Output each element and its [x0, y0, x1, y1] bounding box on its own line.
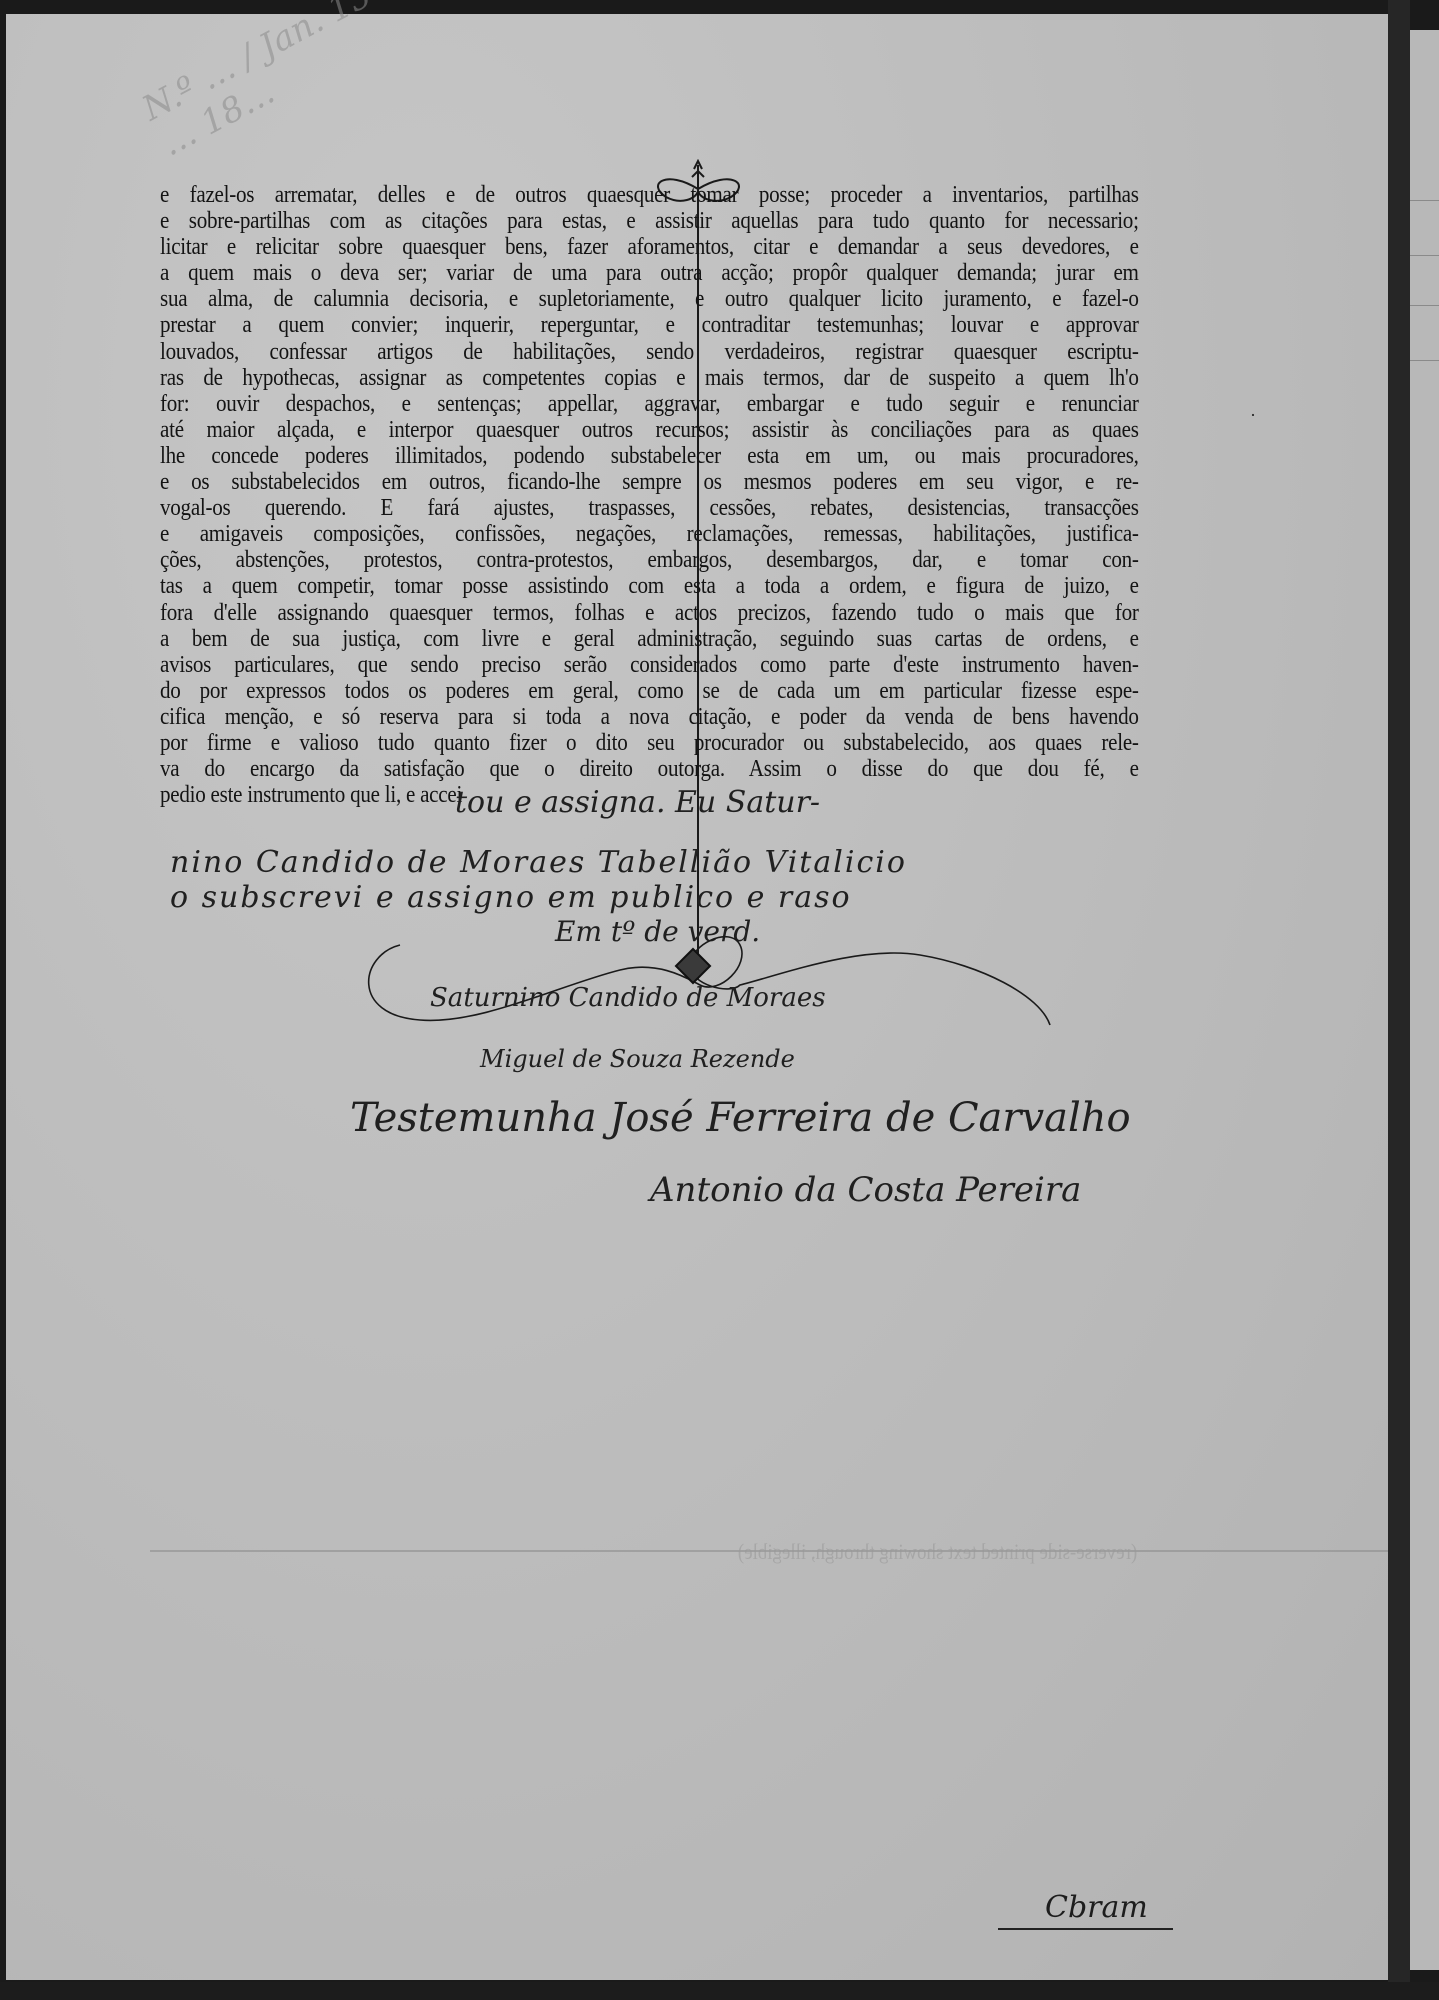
signature-saturnino: Saturnino Candido de Moraes: [430, 983, 826, 1013]
text-line: louvados, confessar artigos de habilitaç…: [160, 339, 1139, 365]
handwritten-notary-line: nino Candido de Moraes Tabellião Vitalic…: [170, 845, 907, 880]
text-line: cifica menção, e só reserva para si toda…: [160, 704, 1139, 730]
signature-antonio: Antonio da Costa Pereira: [650, 1170, 1081, 1210]
text-line: prestar a quem convier; inquerir, reperg…: [160, 312, 1139, 338]
text-line: e sobre-partilhas com as citações para e…: [160, 208, 1139, 234]
printed-body-text: e fazel-os arrematar, delles e de outros…: [160, 182, 1003, 808]
signature-miguel: Miguel de Souza Rezende: [480, 1045, 795, 1073]
text-line: e fazel-os arrematar, delles e de outros…: [160, 182, 1139, 208]
handwritten-continuation: tou e assigna. Eu Satur-: [455, 785, 820, 820]
scan-bottom-edge: [0, 1982, 1439, 2000]
text-line: ras de hypothecas, assignar as competent…: [160, 365, 1139, 391]
text-line: e amigaveis composições, confissões, neg…: [160, 521, 1139, 547]
bleed-through-text: (reverse-side printed text showing throu…: [243, 1540, 1137, 1563]
text-line: a quem mais o deva ser; variar de uma pa…: [160, 260, 1139, 286]
text-line: até maior alçada, e interpor quaesquer o…: [160, 417, 1139, 443]
text-line: a bem de sua justiça, com livre e geral …: [160, 626, 1139, 652]
text-line: avisos particulares, que sendo preciso s…: [160, 652, 1139, 678]
text-line: tas a quem competir, tomar posse assisti…: [160, 573, 1139, 599]
text-line: por firme e valioso tudo quanto fizer o …: [160, 730, 1139, 756]
text-line: for: ouvir despachos, e sentenças; appel…: [160, 391, 1139, 417]
rubric-underline: [998, 1928, 1173, 1930]
adjacent-page-edge: [1410, 30, 1439, 1970]
text-line: do por expressos todos os poderes em ger…: [160, 678, 1139, 704]
binding-spine: [1388, 0, 1410, 2000]
text-line: lhe concede poderes illimitados, podendo…: [160, 443, 1139, 469]
bottom-rubric: Cbram: [1045, 1890, 1148, 1925]
text-line: vogal-os querendo. E fará ajustes, trasp…: [160, 495, 1139, 521]
text-line: e os substabelecidos em outros, ficando-…: [160, 469, 1139, 495]
text-line: fora d'elle assignando quaesquer termos,…: [160, 600, 1139, 626]
text-line: licitar e relicitar sobre quaesquer bens…: [160, 234, 1139, 260]
handwritten-subscription-line: o subscrevi e assigno em publico e raso: [170, 880, 852, 915]
margin-mark: ·: [1250, 405, 1256, 426]
text-line: sua alma, de calumnia decisoria, e suple…: [160, 286, 1139, 312]
text-line: va do encargo da satisfação que o direit…: [160, 756, 1139, 782]
signature-witness-jose: Testemunha José Ferreira de Carvalho: [350, 1095, 1131, 1141]
text-line: ções, abstenções, protestos, contra-prot…: [160, 547, 1139, 573]
